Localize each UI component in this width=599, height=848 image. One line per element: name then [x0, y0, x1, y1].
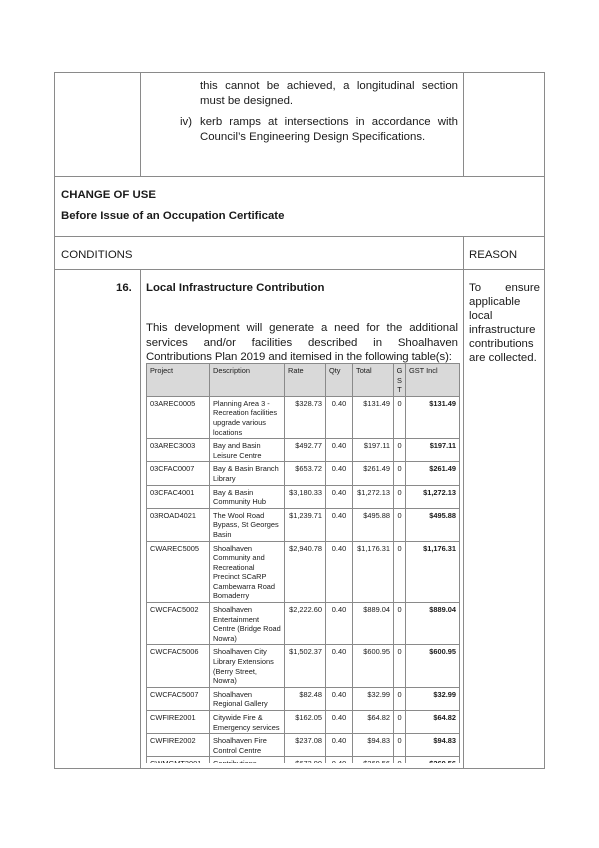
cell-rate: $1,502.37: [285, 645, 326, 687]
cell-rate: $653.72: [285, 462, 326, 485]
cell-project: 03CFAC4001: [147, 485, 210, 508]
cell-gst-incl: $197.11: [406, 439, 460, 462]
contributions-table-body: 03AREC0005Planning Area 3 - Recreation f…: [147, 396, 460, 763]
continuation-line: must be designed.: [200, 94, 458, 109]
table-row: 03ROAD4021The Wool Road Bypass, St Georg…: [147, 508, 460, 541]
cell-total: $889.04: [353, 603, 394, 645]
condition-body-line: services and/or facilities described in …: [146, 336, 458, 351]
cell-project: 03CFAC0007: [147, 462, 210, 485]
cell-total: $94.83: [353, 734, 394, 757]
cell-project: 03ROAD4021: [147, 508, 210, 541]
cell-qty: 0.40: [326, 462, 353, 485]
cell-total: $495.88: [353, 508, 394, 541]
cell-project: CWFIRE2002: [147, 734, 210, 757]
reason-line: contributions: [469, 337, 534, 352]
table-row: CWMGMT3001Contributions Management & Adm…: [147, 757, 460, 763]
cell-qty: 0.40: [326, 687, 353, 710]
header-project: Project: [147, 364, 210, 397]
reason-line: are collected.: [469, 351, 537, 366]
cell-description: Shoalhaven Community and Recreational Pr…: [210, 541, 285, 603]
cell-total: $32.99: [353, 687, 394, 710]
cell-gst-incl: $269.56: [406, 757, 460, 763]
table-header-row: Project Description Rate Qty Total G S T…: [147, 364, 460, 397]
table-row: 03CFAC0007Bay & Basin Branch Library$653…: [147, 462, 460, 485]
cell-project: CWCFAC5007: [147, 687, 210, 710]
cell-gst: 0: [394, 645, 406, 687]
table-row: CWFIRE2002Shoalhaven Fire Control Centre…: [147, 734, 460, 757]
cell-gst-incl: $131.49: [406, 396, 460, 438]
cell-gst: 0: [394, 462, 406, 485]
reason-line: To ensure: [469, 281, 540, 296]
cell-gst-incl: $1,272.13: [406, 485, 460, 508]
cell-gst-incl: $889.04: [406, 603, 460, 645]
cell-project: CWFIRE2001: [147, 711, 210, 734]
cell-total: $1,272.13: [353, 485, 394, 508]
cell-rate: $1,239.71: [285, 508, 326, 541]
cell-total: $600.95: [353, 645, 394, 687]
cell-total: $64.82: [353, 711, 394, 734]
cell-description: The Wool Road Bypass, St Georges Basin: [210, 508, 285, 541]
cell-gst: 0: [394, 734, 406, 757]
cell-rate: $162.05: [285, 711, 326, 734]
cell-qty: 0.40: [326, 439, 353, 462]
document-page: this cannot be achieved, a longitudinal …: [0, 0, 599, 848]
cell-qty: 0.40: [326, 541, 353, 603]
cell-project: 03AREC0005: [147, 396, 210, 438]
header-description: Description: [210, 364, 285, 397]
cell-description: Shoalhaven City Library Extensions (Berr…: [210, 645, 285, 687]
cell-gst-incl: $32.99: [406, 687, 460, 710]
cell-rate: $2,940.78: [285, 541, 326, 603]
cell-description: Contributions Management & Administratio…: [210, 757, 285, 763]
cell-gst: 0: [394, 757, 406, 763]
header-qty: Qty: [326, 364, 353, 397]
cell-gst-incl: $495.88: [406, 508, 460, 541]
cell-gst: 0: [394, 396, 406, 438]
cell-qty: 0.40: [326, 734, 353, 757]
cell-qty: 0.40: [326, 757, 353, 763]
cell-gst: 0: [394, 508, 406, 541]
reason-line: local: [469, 309, 492, 324]
cell-qty: 0.40: [326, 485, 353, 508]
cell-project: 03AREC3003: [147, 439, 210, 462]
cell-rate: $492.77: [285, 439, 326, 462]
reason-header: REASON: [469, 248, 517, 263]
cell-total: $269.56: [353, 757, 394, 763]
header-rate: Rate: [285, 364, 326, 397]
cell-project: CWAREC5005: [147, 541, 210, 603]
cell-rate: $673.90: [285, 757, 326, 763]
reason-line: applicable: [469, 295, 520, 310]
cell-description: Shoalhaven Regional Gallery: [210, 687, 285, 710]
cell-gst: 0: [394, 603, 406, 645]
cell-description: Shoalhaven Fire Control Centre: [210, 734, 285, 757]
cell-project: CWCFAC5002: [147, 603, 210, 645]
list-item-line: kerb ramps at intersections in accordanc…: [200, 115, 458, 130]
cell-qty: 0.40: [326, 645, 353, 687]
cell-description: Citywide Fire & Emergency services: [210, 711, 285, 734]
cell-project: CWCFAC5006: [147, 645, 210, 687]
conditions-header: CONDITIONS: [61, 248, 133, 263]
cell-gst-incl: $261.49: [406, 462, 460, 485]
cell-gst-incl: $64.82: [406, 711, 460, 734]
condition-number: 16.: [116, 281, 132, 296]
header-gst-incl: GST Incl: [406, 364, 460, 397]
cell-rate: $3,180.33: [285, 485, 326, 508]
table-row: 03AREC3003Bay and Basin Leisure Centre$4…: [147, 439, 460, 462]
cell-description: Bay & Basin Branch Library: [210, 462, 285, 485]
row-divider: [54, 269, 545, 270]
cell-qty: 0.40: [326, 396, 353, 438]
row-divider: [54, 236, 545, 237]
cell-description: Shoalhaven Entertainment Centre (Bridge …: [210, 603, 285, 645]
list-marker: iv): [180, 115, 192, 130]
contributions-table: Project Description Rate Qty Total G S T…: [146, 363, 460, 763]
reason-line: infrastructure: [469, 323, 535, 338]
cell-rate: $82.48: [285, 687, 326, 710]
header-total: Total: [353, 364, 394, 397]
table-row: CWFIRE2001Citywide Fire & Emergency serv…: [147, 711, 460, 734]
cell-description: Planning Area 3 - Recreation facilities …: [210, 396, 285, 438]
cell-qty: 0.40: [326, 711, 353, 734]
continuation-line: this cannot be achieved, a longitudinal …: [200, 79, 458, 94]
cell-qty: 0.40: [326, 603, 353, 645]
cell-gst: 0: [394, 687, 406, 710]
cell-qty: 0.40: [326, 508, 353, 541]
cell-rate: $2,222.60: [285, 603, 326, 645]
condition-body-line: This development will generate a need fo…: [146, 321, 458, 336]
cell-rate: $328.73: [285, 396, 326, 438]
column-divider: [140, 72, 141, 176]
table-row: CWCFAC5002Shoalhaven Entertainment Centr…: [147, 603, 460, 645]
row-divider: [54, 176, 545, 177]
condition-title: Local Infrastructure Contribution: [146, 281, 324, 296]
table-row: CWAREC5005Shoalhaven Community and Recre…: [147, 541, 460, 603]
cell-total: $1,176.31: [353, 541, 394, 603]
cell-gst-incl: $94.83: [406, 734, 460, 757]
cell-gst: 0: [394, 485, 406, 508]
cell-total: $131.49: [353, 396, 394, 438]
cell-gst: 0: [394, 541, 406, 603]
cell-total: $197.11: [353, 439, 394, 462]
list-item-line: Council’s Engineering Design Specificati…: [200, 130, 458, 145]
contributions-table-region: Project Description Rate Qty Total G S T…: [140, 360, 462, 763]
column-divider: [463, 236, 464, 769]
cell-gst-incl: $600.95: [406, 645, 460, 687]
header-gst: G S T: [394, 364, 406, 397]
table-row: 03AREC0005Planning Area 3 - Recreation f…: [147, 396, 460, 438]
cell-total: $261.49: [353, 462, 394, 485]
table-row: 03CFAC4001Bay & Basin Community Hub$3,18…: [147, 485, 460, 508]
table-row: CWCFAC5007Shoalhaven Regional Gallery$82…: [147, 687, 460, 710]
cell-project: CWMGMT3001: [147, 757, 210, 763]
section-subtitle: Before Issue of an Occupation Certificat…: [61, 209, 284, 224]
section-title: CHANGE OF USE: [61, 188, 156, 203]
table-row: CWCFAC5006Shoalhaven City Library Extens…: [147, 645, 460, 687]
cell-gst-incl: $1,176.31: [406, 541, 460, 603]
cell-gst: 0: [394, 439, 406, 462]
column-divider: [463, 72, 464, 176]
cell-gst: 0: [394, 711, 406, 734]
cell-description: Bay & Basin Community Hub: [210, 485, 285, 508]
cell-rate: $237.08: [285, 734, 326, 757]
cell-description: Bay and Basin Leisure Centre: [210, 439, 285, 462]
